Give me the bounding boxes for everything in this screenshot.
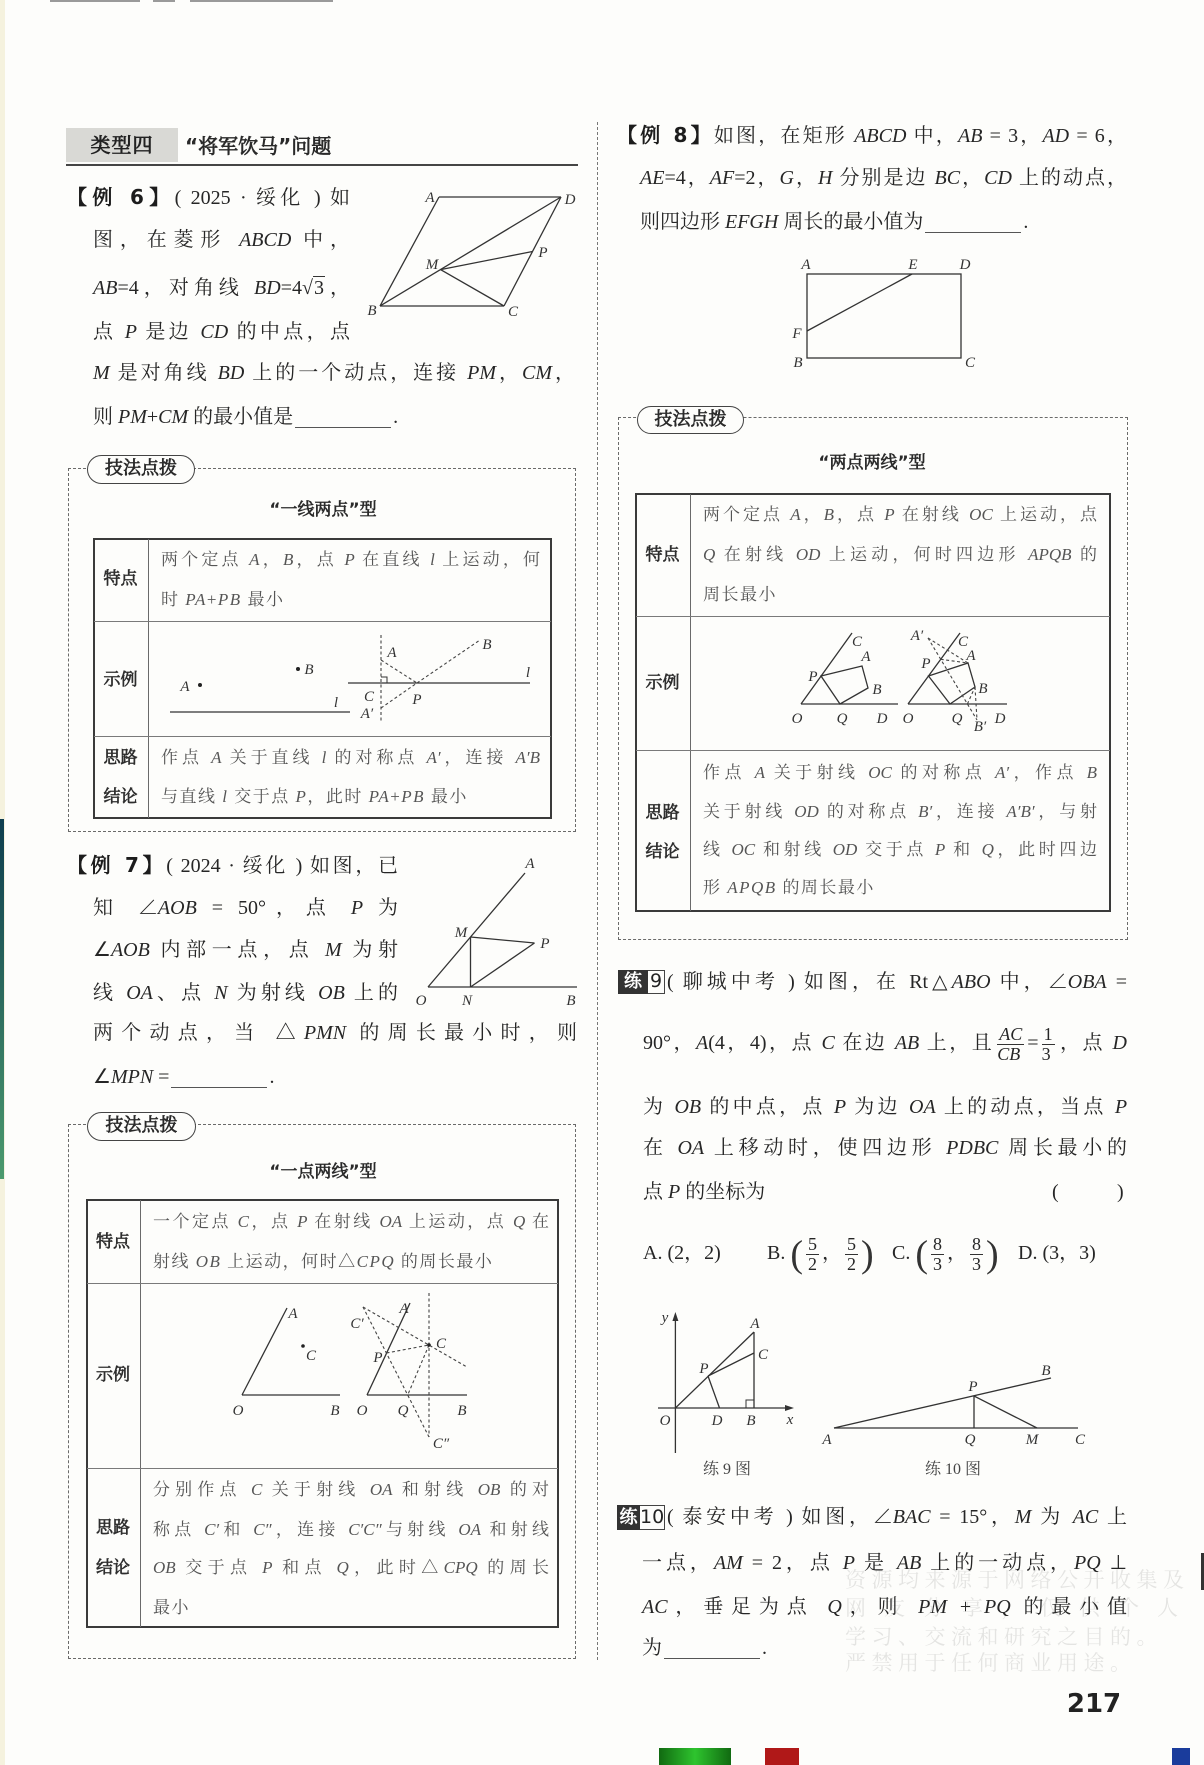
point-label: N: [461, 993, 473, 1009]
point-label: Q: [952, 711, 963, 727]
point-label: P: [537, 245, 547, 261]
segment-PD: [708, 1376, 720, 1408]
figure-caption: 练 9 图: [703, 1460, 751, 1478]
line-label: l: [526, 665, 530, 681]
point-label: A: [424, 190, 435, 206]
point-label: A: [524, 856, 535, 872]
ray-OA: [242, 1308, 287, 1395]
segment-MC: [441, 270, 505, 306]
point-label: Q: [965, 1432, 976, 1448]
right-angle-mark: [746, 1400, 754, 1408]
point-label: B: [330, 1403, 339, 1419]
point-label: E: [907, 257, 917, 273]
rectangle-ABCD: [807, 274, 961, 358]
example8-figure: A E D F B C: [791, 257, 976, 371]
point-label: A: [287, 1306, 298, 1322]
point-label: P: [372, 1350, 382, 1366]
point-label: D: [711, 1413, 723, 1429]
practice10-figure: B P A Q M C 练 10 图: [821, 1363, 1086, 1478]
point-label: F: [791, 326, 802, 342]
point-label: P: [807, 669, 817, 685]
point-label: A: [821, 1432, 832, 1448]
line-label: l: [334, 695, 338, 711]
segment-P-A: [941, 659, 968, 663]
point-label: P: [698, 1361, 708, 1377]
point-label: O: [357, 1403, 368, 1419]
segment-PC: [387, 1345, 430, 1353]
segment-MP: [471, 937, 535, 943]
segment-PC: [708, 1353, 754, 1376]
segment-EF: [807, 274, 912, 331]
point-label: A′: [910, 628, 924, 644]
ray-OA: [428, 873, 525, 987]
point-label: B: [304, 662, 313, 678]
point-label: C′: [350, 1316, 364, 1332]
point-label: P: [920, 656, 930, 672]
point-label: B: [367, 303, 376, 319]
point-label: A: [800, 257, 811, 273]
x-axis-arrow-icon: [785, 1405, 794, 1411]
tip2-figure-right: A C′ C P O Q B C″: [350, 1293, 467, 1452]
point-label: D: [876, 711, 888, 727]
point-label: C: [965, 355, 976, 371]
point-label: O: [416, 993, 427, 1009]
segment-OA: [675, 1332, 754, 1408]
point-label: B: [793, 355, 802, 371]
axis-label: x: [786, 1412, 794, 1428]
point-label: A: [965, 648, 976, 664]
tip1-figure-right: A B l C P A′: [348, 635, 530, 722]
point-label: P: [967, 1379, 977, 1395]
point-label: A: [860, 649, 871, 665]
practice9-figure: y A C P O D B x 练 9 图: [658, 1310, 794, 1478]
point-label: Q: [837, 711, 848, 727]
point-label: A: [386, 645, 397, 661]
segment-AB: [380, 197, 439, 306]
point-label: B: [1041, 1363, 1050, 1379]
point-label: C: [1075, 1432, 1086, 1448]
point-label: C: [436, 1336, 447, 1352]
point-label: C: [508, 304, 519, 320]
tip2-figure-left: A C O B: [233, 1306, 340, 1419]
point-label: B: [872, 682, 881, 698]
segment-C-prime-C-double-prime: [363, 1307, 429, 1437]
point-label: M: [454, 925, 469, 941]
point-label: B: [482, 637, 491, 653]
point-label: A: [398, 1301, 409, 1317]
point-label: D: [959, 257, 971, 273]
point-label: B: [457, 1403, 466, 1419]
right-angle-mark: [381, 677, 387, 683]
point-label: B′: [974, 719, 987, 735]
point-label: C: [306, 1348, 317, 1364]
point-label: C: [852, 634, 863, 650]
point-label: O: [792, 711, 803, 727]
point-label: B: [746, 1413, 755, 1429]
segment-BD: [380, 197, 561, 306]
point-label: C″: [433, 1436, 450, 1452]
y-axis-arrow-icon: [672, 1312, 678, 1321]
point-label: M: [425, 257, 440, 273]
point-label: D: [564, 192, 576, 208]
segment-PB: [417, 640, 480, 683]
point-label: Q: [398, 1403, 409, 1419]
tip3-figure-right: A′ C A P B O Q B′ D: [903, 628, 1007, 735]
tip1-figure-left: A B l: [170, 662, 350, 712]
point-label: O: [233, 1403, 244, 1419]
point-label: A′: [360, 706, 374, 722]
axis-label: y: [660, 1310, 669, 1326]
point-label: B: [978, 681, 987, 697]
figures-layer: A D P M B C A B l A B l C P A′ A M P: [0, 0, 1204, 1765]
point-label: D: [994, 711, 1006, 727]
segment-NP: [471, 943, 535, 987]
ray-AB: [834, 1378, 1051, 1428]
segment-CQ: [408, 1345, 429, 1395]
point-label: P: [539, 936, 549, 952]
figure-caption: 练 10 图: [925, 1460, 981, 1478]
point-label: A: [179, 679, 190, 695]
point-label: C: [758, 1347, 769, 1363]
point-label: O: [903, 711, 914, 727]
quadrilateral-APQB: [929, 663, 976, 704]
point-C: [427, 1343, 431, 1347]
segment-AP: [381, 660, 417, 683]
segment-PM: [974, 1396, 1037, 1428]
point-label: P: [411, 692, 421, 708]
point-label: C: [364, 689, 375, 705]
point-label: O: [660, 1413, 671, 1429]
point-label: M: [1025, 1432, 1040, 1448]
point-label: B: [566, 993, 575, 1009]
example7-figure: A M P O N B: [416, 856, 577, 1009]
point-A: [198, 683, 202, 687]
tip3-figure-left: C A P B O Q D: [792, 633, 898, 727]
example6-figure: A D P M B C: [367, 190, 575, 320]
quadrilateral-APQB: [821, 666, 868, 704]
point-B: [296, 667, 300, 671]
point-label: A: [749, 1316, 760, 1332]
point-C: [301, 1344, 305, 1348]
